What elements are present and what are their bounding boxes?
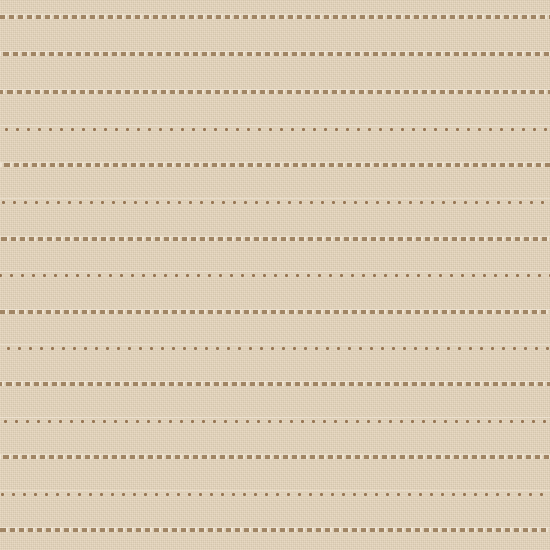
stripe-highlight bbox=[0, 198, 550, 199]
yarn-stripe bbox=[0, 528, 550, 532]
yarn-stripe bbox=[0, 345, 550, 352]
stripe-highlight bbox=[0, 14, 550, 15]
stripe-highlight bbox=[0, 417, 550, 418]
stripe-highlight bbox=[0, 271, 550, 272]
yarn-stripe bbox=[0, 237, 550, 241]
yarn-stripe bbox=[0, 90, 550, 94]
yarn-stripe bbox=[0, 382, 550, 386]
yarn-stripe bbox=[0, 491, 550, 498]
yarn-stripe bbox=[0, 418, 550, 425]
stripe-highlight bbox=[0, 125, 550, 126]
stripe-highlight bbox=[0, 454, 550, 455]
stripe-highlight bbox=[0, 51, 550, 52]
yarn-stripe bbox=[0, 272, 550, 279]
stripe-highlight bbox=[0, 381, 550, 382]
yarn-stripe bbox=[0, 15, 550, 19]
stripe-highlight bbox=[0, 162, 550, 163]
stripe-highlight bbox=[0, 490, 550, 491]
stripe-highlight bbox=[0, 309, 550, 310]
yarn-stripe bbox=[0, 455, 550, 459]
stripe-highlight bbox=[0, 89, 550, 90]
yarn-stripe bbox=[0, 199, 550, 206]
yarn-stripe bbox=[0, 310, 550, 314]
fabric-texture bbox=[0, 0, 550, 550]
yarn-stripe bbox=[0, 52, 550, 56]
stripe-highlight bbox=[0, 344, 550, 345]
yarn-stripe bbox=[0, 163, 550, 167]
yarn-stripe bbox=[0, 126, 550, 133]
stripe-highlight bbox=[0, 527, 550, 528]
stripe-highlight bbox=[0, 236, 550, 237]
